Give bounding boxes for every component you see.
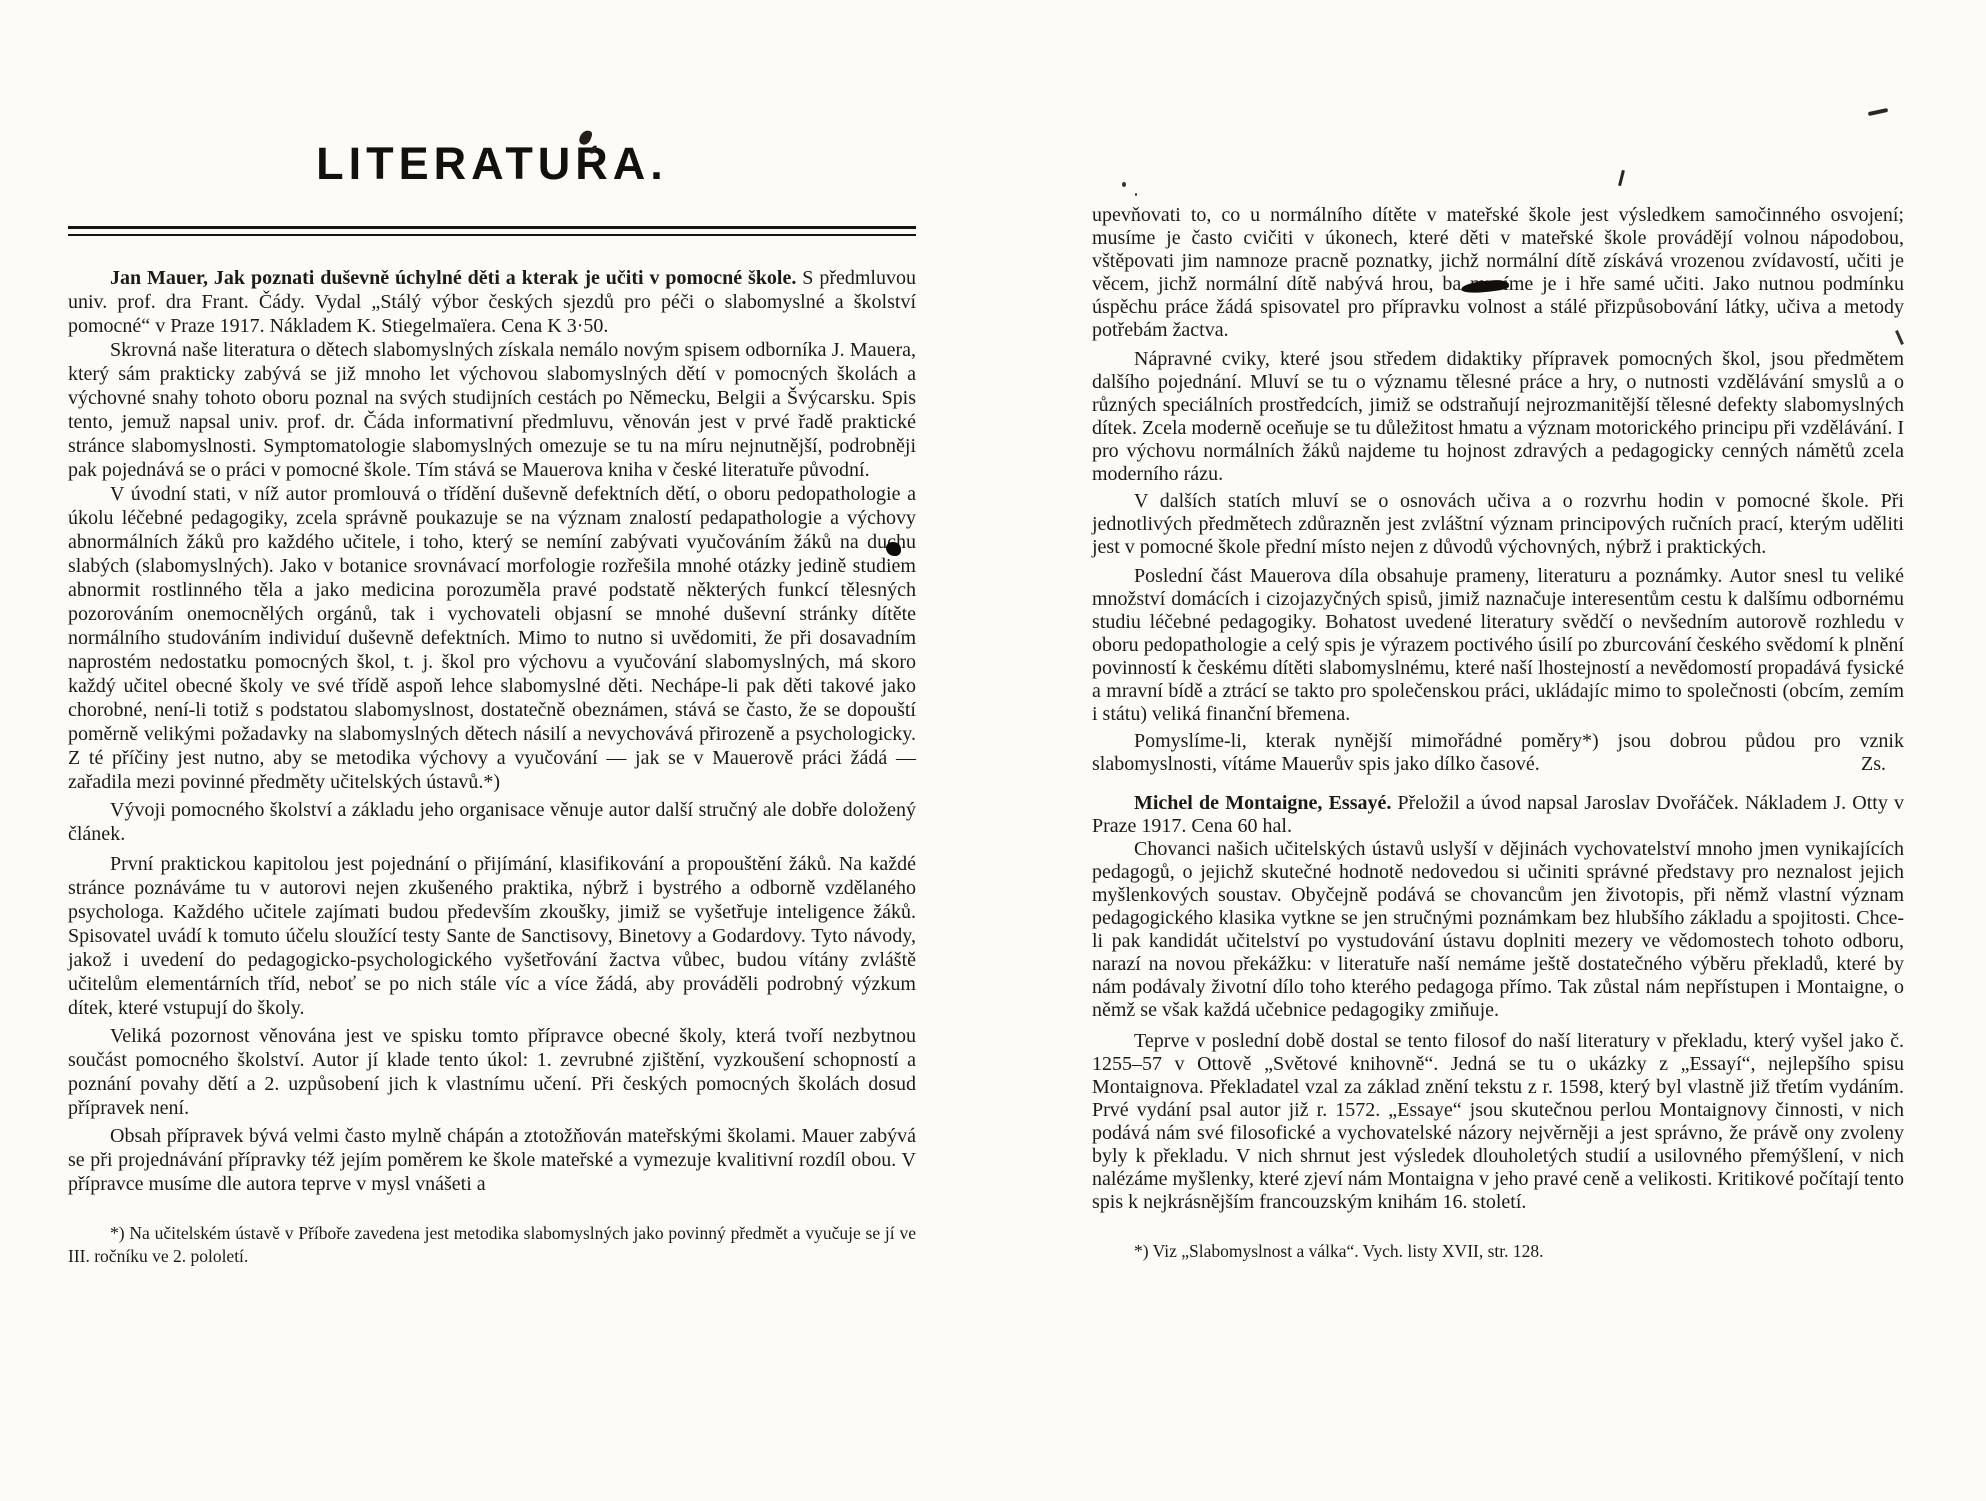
paragraph-text: Veliká pozornost věnována jest ve spisku…: [68, 1025, 916, 1119]
pen-slash: [1618, 170, 1625, 186]
right-column: upevňovati to, co u normálního dítěte v …: [1092, 204, 1904, 1280]
paragraph-text: Pomyslíme-li, kterak nynější mimořádné p…: [1092, 730, 1904, 775]
pen-dash: [1868, 108, 1888, 116]
left-column: LITERATURA. Jan Mauer, Jak poznati dušev…: [68, 138, 916, 1285]
right-column-body: upevňovati to, co u normálního dítěte v …: [1092, 204, 1904, 1263]
paragraph: Teprve v poslední době dostal se tento f…: [1092, 1030, 1904, 1214]
paragraph-text: Obsah přípravek bývá velmi často mylně c…: [68, 1125, 916, 1195]
paragraph: Veliká pozornost věnována jest ve spisku…: [68, 1024, 916, 1120]
paragraph: Nápravné cviky, které jsou středem didak…: [1092, 348, 1904, 486]
paragraph: V dalších statích mluví se o osnovách uč…: [1092, 490, 1904, 559]
paragraph-text: V dalších statích mluví se o osnovách uč…: [1092, 490, 1904, 558]
review-heading-paragraph: Jan Mauer, Jak poznati duševně úchylné d…: [68, 266, 916, 338]
paragraph: Poslední část Mauerova díla obsahuje pra…: [1092, 565, 1904, 726]
paragraph-text: Teprve v poslední době dostal se tento f…: [1092, 1030, 1904, 1213]
review-heading-paragraph: Michel de Montaigne, Essayé. Přeložil a …: [1092, 792, 1904, 838]
paragraph-text: První praktickou kapitolou jest pojednán…: [68, 853, 916, 1019]
paragraph-text: Vývoji pomocného školství a základu jeho…: [68, 799, 916, 845]
paragraph: V úvodní stati, v níž autor promlouvá o …: [68, 482, 916, 794]
paragraph: Skrovná naše literatura o dětech slabomy…: [68, 338, 916, 482]
signed-paragraph: Pomyslíme-li, kterak nynější mimořádné p…: [1092, 730, 1904, 776]
footnote: *) Na učitelském ústavě v Příboře zavede…: [68, 1222, 916, 1267]
ink-specks: [1122, 182, 1126, 187]
book-title-lead: Jan Mauer, Jak poznati duševně úchylné d…: [110, 267, 796, 289]
paragraph: Vývoji pomocného školství a základu jeho…: [68, 798, 916, 846]
paragraph-text: V úvodní stati, v níž autor promlouvá o …: [68, 483, 916, 793]
paragraph: Obsah přípravek bývá velmi často mylně c…: [68, 1124, 916, 1196]
title-double-rule: [68, 226, 916, 236]
paragraph: Chovanci našich učitelských ústavů uslyš…: [1092, 838, 1904, 1022]
scanned-page: LITERATURA. Jan Mauer, Jak poznati dušev…: [0, 0, 1986, 1501]
book-title-lead: Michel de Montaigne, Essayé.: [1134, 792, 1391, 814]
paragraph-text: Chovanci našich učitelských ústavů uslyš…: [1092, 838, 1904, 1021]
paragraph-text: upevňovati to, co u normálního dítěte v …: [1092, 204, 1904, 341]
continuation-paragraph: upevňovati to, co u normálního dítěte v …: [1092, 204, 1904, 342]
paragraph-text: Nápravné cviky, které jsou středem didak…: [1092, 348, 1904, 485]
footnote: *) Viz „Slabomyslnost a válka“. Vych. li…: [1092, 1240, 1904, 1263]
paragraph: První praktickou kapitolou jest pojednán…: [68, 852, 916, 1020]
reviewer-signature: Zs.: [1819, 753, 1886, 776]
paragraph-text: Skrovná naše literatura o dětech slabomy…: [68, 339, 916, 481]
section-title: LITERATURA.: [68, 138, 916, 190]
left-column-body: Jan Mauer, Jak poznati duševně úchylné d…: [68, 266, 916, 1267]
paragraph-text: Poslední část Mauerova díla obsahuje pra…: [1092, 565, 1904, 725]
